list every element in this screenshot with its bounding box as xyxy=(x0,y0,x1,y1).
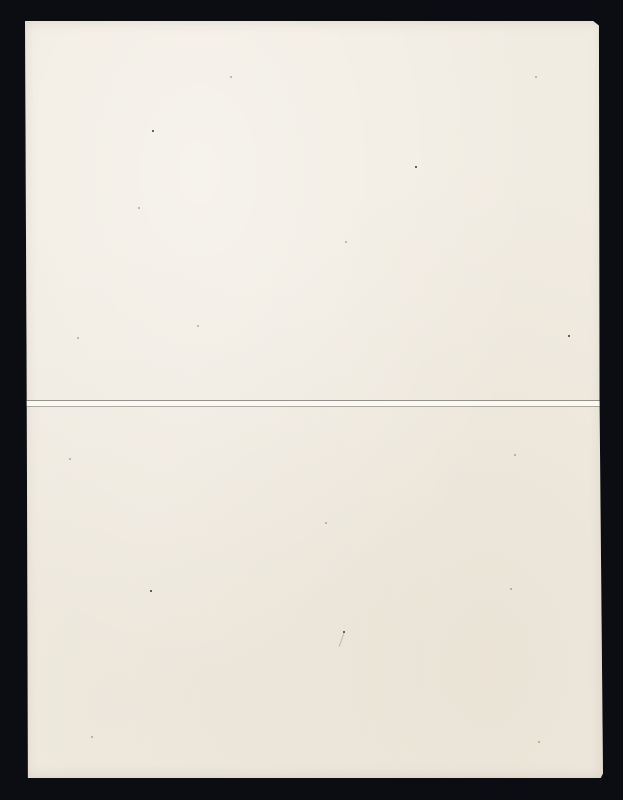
paper-speck xyxy=(152,130,154,132)
paper-speck xyxy=(325,522,327,524)
paper-speck xyxy=(568,335,570,337)
paper-speck xyxy=(197,325,199,327)
paper-speck xyxy=(510,588,512,590)
paper-speck xyxy=(91,736,93,738)
paper-speck xyxy=(77,337,79,339)
paper-speck xyxy=(514,454,516,456)
blank-paper-sheet xyxy=(25,21,603,778)
paper-speck xyxy=(69,458,71,460)
paper-speck xyxy=(538,741,540,743)
paper-speck xyxy=(138,207,140,209)
paper-speck xyxy=(150,590,152,592)
fold-edge-lower xyxy=(25,406,603,407)
paper-speck xyxy=(230,76,232,78)
paper-speck xyxy=(345,241,347,243)
paper-speck xyxy=(415,166,417,168)
paper-fold-crease xyxy=(25,399,603,409)
paper-speck xyxy=(535,76,537,78)
paper-scratch xyxy=(339,633,345,646)
